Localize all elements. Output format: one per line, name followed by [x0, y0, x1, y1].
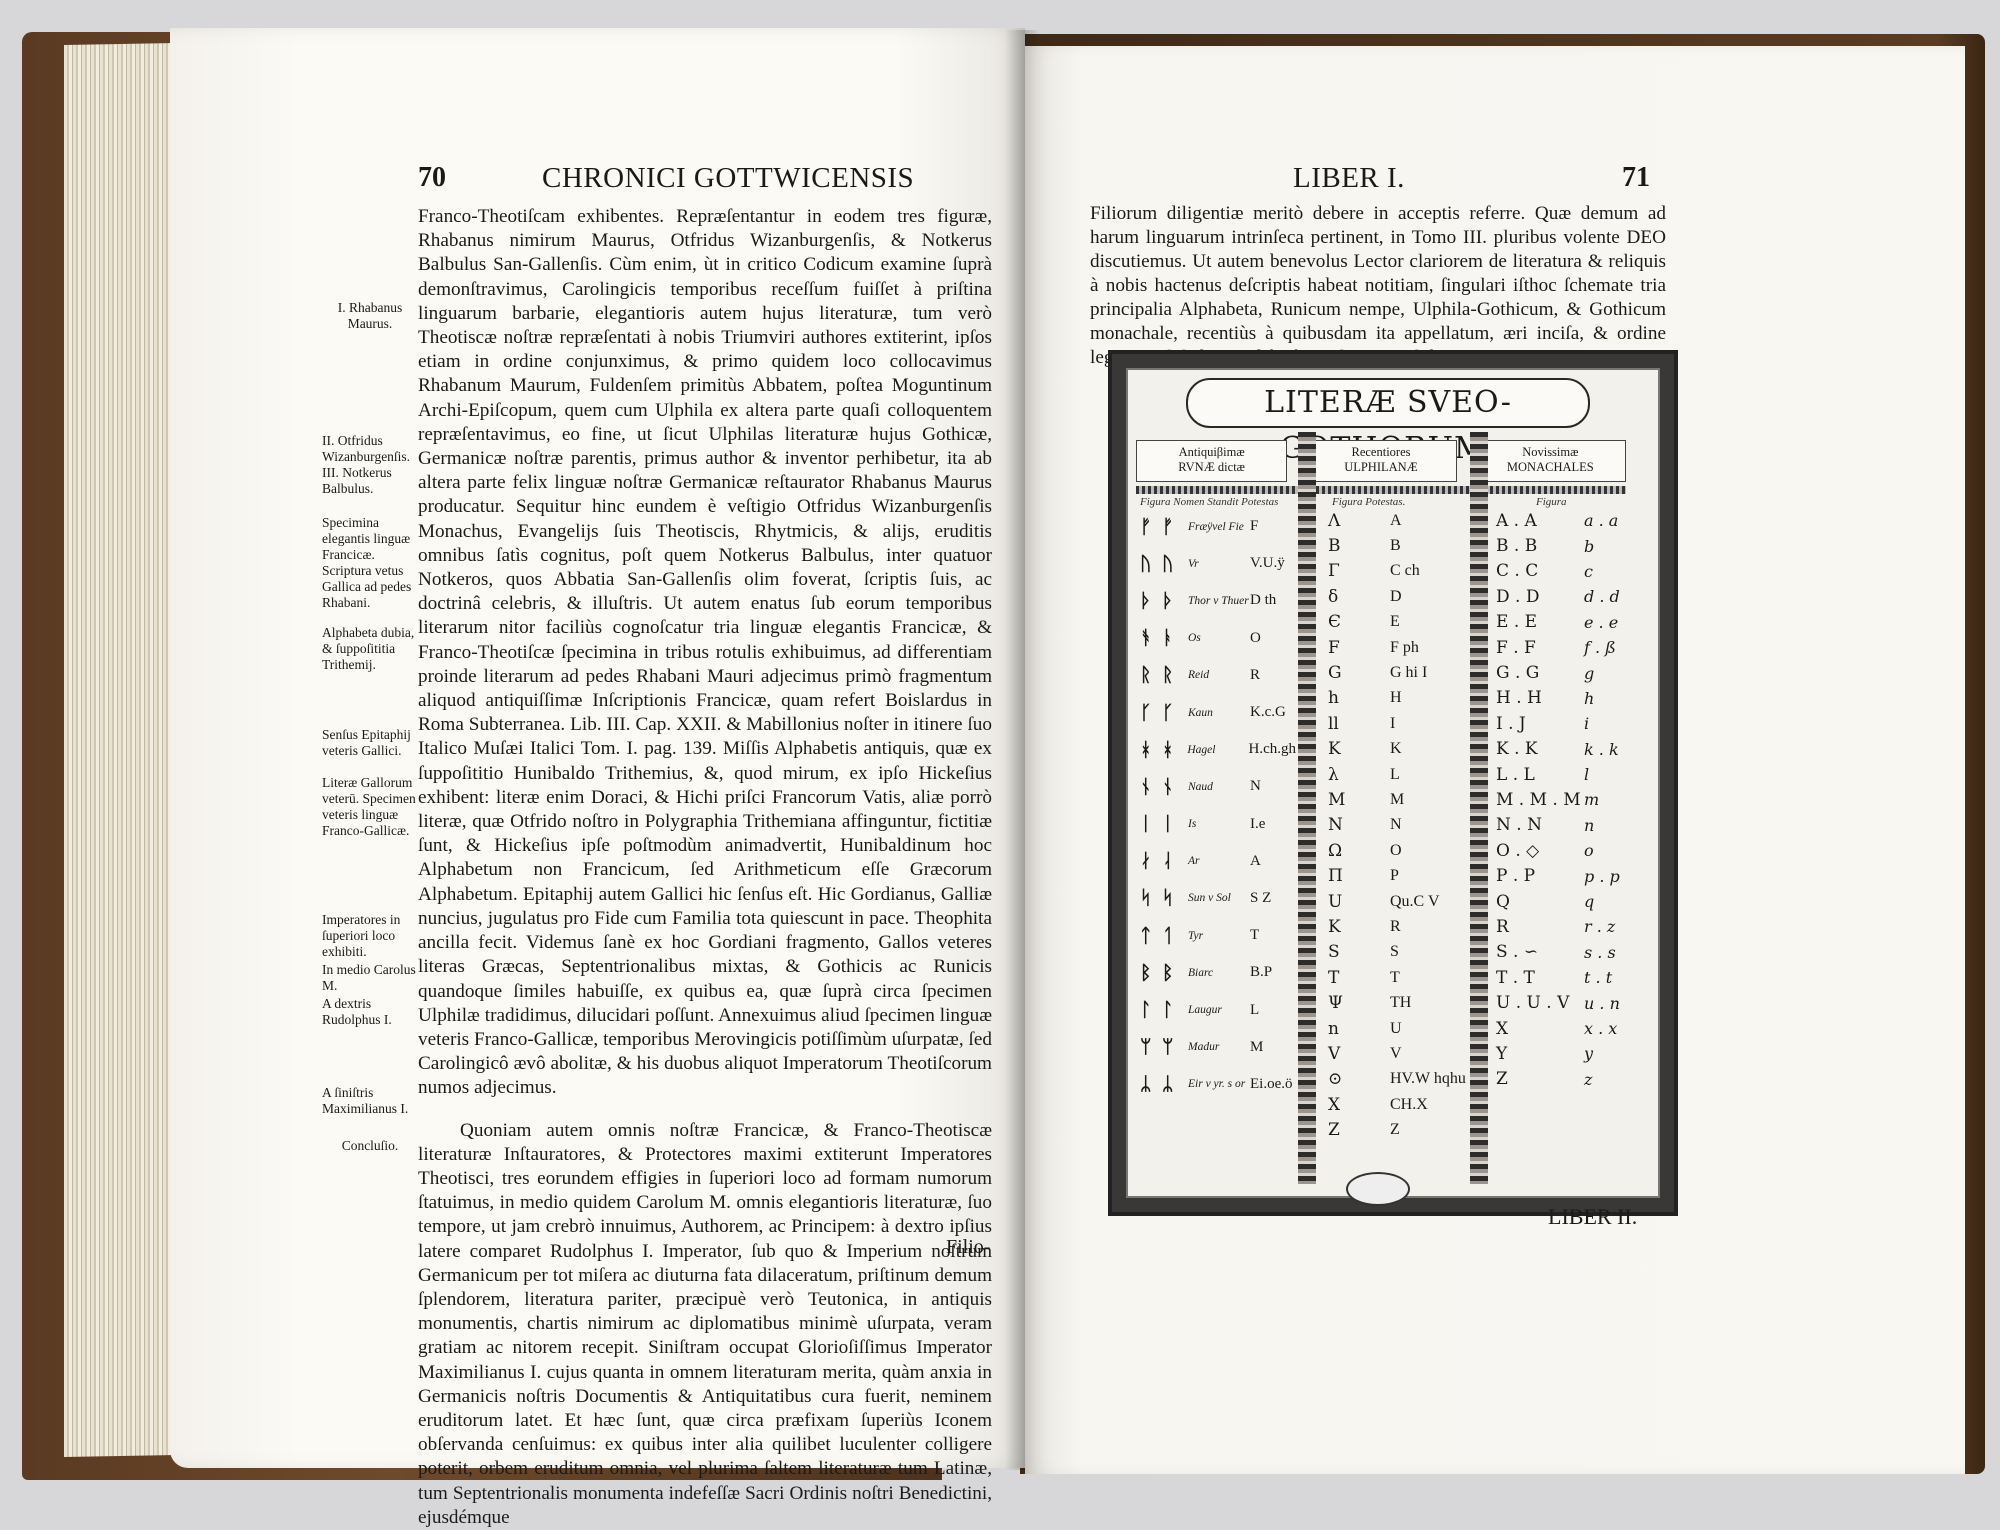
monachal-row: M . M . Mm: [1490, 787, 1640, 812]
monachal-row: Qq: [1490, 889, 1640, 914]
monachal-lower: o: [1584, 841, 1594, 860]
monachal-upper: A . A: [1490, 511, 1584, 531]
ulphila-glyph: Π: [1318, 866, 1390, 886]
monachal-row: I . Ji: [1490, 711, 1640, 736]
rune-value: D th: [1250, 592, 1276, 609]
ulphila-glyph: B: [1318, 536, 1390, 556]
rune-row: ᚴ ᚴKaunK.c.G: [1140, 694, 1296, 731]
ulphila-value: P: [1390, 867, 1399, 885]
rune-glyph: ᛁ ᛁ: [1140, 813, 1188, 835]
ulphila-glyph: ⊙: [1318, 1069, 1390, 1089]
monachal-lower: g: [1584, 664, 1594, 683]
running-head-left: CHRONICI GOTTWICENSIS: [542, 162, 914, 195]
header-line: RVNÆ dictæ: [1137, 460, 1286, 475]
rune-row: ᛚ ᛚLaugurL: [1140, 991, 1296, 1028]
monachal-row: H . Hh: [1490, 686, 1640, 711]
monachal-upper: S . ∽: [1490, 942, 1584, 962]
monachal-lower: k . k: [1584, 740, 1619, 759]
monachal-row: Rr . z: [1490, 914, 1640, 939]
ulphila-value: HV.W hqhu: [1390, 1070, 1466, 1088]
rune-name: Vr: [1188, 558, 1250, 570]
rune-name: Hagel: [1187, 744, 1248, 756]
rune-glyph: ᚢ ᚢ: [1140, 553, 1188, 575]
ulphila-value: H: [1390, 689, 1402, 707]
ulphila-glyph: G: [1318, 663, 1390, 683]
monachal-upper: T . T: [1490, 968, 1584, 988]
ulphila-value: D: [1390, 588, 1402, 606]
column-header-monachales: Novissimæ MONACHALES: [1475, 440, 1626, 482]
header-line: ULPHILANÆ: [1306, 460, 1455, 475]
engraved-alphabet-plate: LITERÆ SVEO-GOTHORUM. Antiquiβimæ RVNÆ d…: [1112, 354, 1674, 1212]
monachal-upper: D . D: [1490, 587, 1584, 607]
rune-row: ᚠ ᚠFræÿvel FieF: [1140, 508, 1296, 545]
monachal-row: G . Gg: [1490, 660, 1640, 685]
ulphila-row: XCH.X: [1318, 1092, 1468, 1117]
rune-row: ᛏ ᛐTyrT: [1140, 917, 1296, 954]
paragraph: Franco-Theotiſcam exhibentes. Repræſenta…: [418, 205, 992, 1101]
monachal-row: A . Aa . a: [1490, 508, 1640, 533]
header-line: Recentiores: [1306, 445, 1455, 460]
margin-note: Scriptura vetus Gallica ad pedes Rhabani…: [322, 563, 418, 611]
margin-note: Literæ Gallorum veterū. Specimen veteris…: [322, 775, 418, 839]
monachal-row: E . Ee . e: [1490, 610, 1640, 635]
ulphila-row: ΓC ch: [1318, 559, 1468, 584]
monachal-row: B . Bb: [1490, 533, 1640, 558]
margin-note: Senſus Epitaphij veteris Gallici.: [322, 727, 418, 759]
ulphila-row: ZZ: [1318, 1117, 1468, 1142]
rune-row: ᚬ ᚭOsO: [1140, 620, 1296, 657]
ulphila-glyph: Ω: [1318, 841, 1390, 861]
monachal-row: Xx . x: [1490, 1016, 1640, 1041]
rune-glyph: ᛅ ᛆ: [1140, 850, 1188, 872]
ulphila-glyph: n: [1318, 1019, 1390, 1039]
monachal-lower: p . p: [1584, 867, 1620, 886]
rune-name: Reid: [1188, 669, 1250, 681]
margin-note: Alphabeta dubia, & ſuppoſititia Trithemi…: [322, 625, 418, 673]
rune-value: T: [1250, 927, 1259, 944]
rune-value: M: [1250, 1039, 1263, 1056]
rune-row: ᚦ ᚦThor v ThuerD th: [1140, 582, 1296, 619]
ulphila-glyph: M: [1318, 790, 1390, 810]
ulphila-glyph: Γ: [1318, 561, 1390, 581]
column-subhead: Figura Nomen Standit Potestas: [1140, 496, 1296, 508]
rune-row: ᛋ ᛋSun v SolS Z: [1140, 880, 1296, 917]
ulphila-value: L: [1390, 766, 1400, 784]
ulphila-glyph: X: [1318, 1095, 1390, 1115]
ulphila-row: nU: [1318, 1016, 1468, 1041]
rune-name: Kaun: [1188, 707, 1250, 719]
rune-glyph: ᛦ ᛦ: [1140, 1073, 1188, 1095]
ulphila-value: S: [1390, 943, 1399, 961]
rune-glyph: ᛒ ᛒ: [1140, 962, 1188, 984]
rune-value: H.ch.gh: [1249, 741, 1297, 758]
rune-row: ᛦ ᛦEir v yr. s orEi.oe.ö: [1140, 1066, 1296, 1103]
rune-name: Ar: [1188, 855, 1250, 867]
monachal-row: S . ∽s . s: [1490, 940, 1640, 965]
open-book: 70 CHRONICI GOTTWICENSIS I. Rhabanus Mau…: [0, 0, 2000, 1530]
page-number-right: 71: [1622, 162, 1650, 194]
rune-name: Laugur: [1188, 1004, 1250, 1016]
header-line: Antiquiβimæ: [1137, 445, 1286, 460]
ulphila-glyph: S: [1318, 942, 1390, 962]
column-header-runes: Antiquiβimæ RVNÆ dictæ: [1136, 440, 1287, 482]
ulphila-glyph: N: [1318, 815, 1390, 835]
monachal-lower: f . ß: [1584, 638, 1616, 657]
ulphila-row: GG hi I: [1318, 660, 1468, 685]
monachal-upper: Z: [1490, 1069, 1584, 1089]
rune-name: Madur: [1188, 1041, 1250, 1053]
rune-name: Biarc: [1188, 967, 1250, 979]
ulphilanae-column: Figura Potestas. ΛABBΓC chδDЄEFF phGG hi…: [1318, 496, 1468, 1178]
ulphila-glyph: δ: [1318, 587, 1390, 607]
column-header-ulphilanae: Recentiores ULPHILANÆ: [1305, 440, 1456, 482]
page-block-edge: [64, 43, 176, 1457]
ulphila-value: Qu.C V: [1390, 893, 1440, 911]
plate-title: LITERÆ SVEO-GOTHORUM.: [1186, 378, 1590, 428]
monachal-row: T . Tt . t: [1490, 965, 1640, 990]
ulphila-value: C ch: [1390, 562, 1420, 580]
rune-value: A: [1250, 853, 1261, 870]
ulphila-glyph: Z: [1318, 1120, 1390, 1140]
ulphila-row: NN: [1318, 813, 1468, 838]
ulphila-row: llI: [1318, 711, 1468, 736]
rune-value: S Z: [1250, 890, 1271, 907]
monachal-upper: O . ◇: [1490, 841, 1584, 861]
rune-value: V.U.ÿ: [1250, 555, 1285, 572]
monachal-upper: F . F: [1490, 638, 1584, 658]
monachal-upper: G . G: [1490, 663, 1584, 683]
header-line: MONACHALES: [1476, 460, 1625, 475]
ornamental-rule: [1136, 486, 1626, 494]
ulphila-value: Z: [1390, 1121, 1400, 1139]
ulphila-row: ЄE: [1318, 610, 1468, 635]
rune-glyph: ᚴ ᚴ: [1140, 702, 1188, 724]
ulphila-row: VV: [1318, 1041, 1468, 1066]
ulphila-glyph: λ: [1318, 765, 1390, 785]
ulphila-row: ΩO: [1318, 838, 1468, 863]
ulphila-glyph: K: [1318, 917, 1390, 937]
left-page-body: Franco-Theotiſcam exhibentes. Repræſenta…: [418, 205, 992, 1530]
ulphila-row: SS: [1318, 940, 1468, 965]
rune-value: L: [1250, 1002, 1259, 1019]
ulphila-glyph: h: [1318, 688, 1390, 708]
rune-glyph: ᛘ ᛘ: [1140, 1036, 1188, 1058]
ulphila-row: ΨTH: [1318, 990, 1468, 1015]
margin-note: Specimina elegantis linguæ Francicæ.: [322, 515, 418, 563]
ulphila-row: UQu.C V: [1318, 889, 1468, 914]
monachal-upper: X: [1490, 1019, 1584, 1039]
rune-row: ᚼ ᚼHagelH.ch.gh: [1140, 731, 1296, 768]
ulphila-value: I: [1390, 715, 1395, 733]
rune-row: ᛘ ᛘMadurM: [1140, 1029, 1296, 1066]
ulphila-value: N: [1390, 816, 1402, 834]
rune-value: F: [1250, 518, 1258, 535]
rune-value: R: [1250, 667, 1260, 684]
rune-glyph: ᛚ ᛚ: [1140, 999, 1188, 1021]
ulphila-row: ΛA: [1318, 508, 1468, 533]
rune-row: ᚾ ᚾNaudN: [1140, 768, 1296, 805]
ulphila-row: KK: [1318, 737, 1468, 762]
ulphila-glyph: Є: [1318, 612, 1390, 632]
monachal-lower: c: [1584, 562, 1593, 581]
rune-row: ᛅ ᛆArA: [1140, 843, 1296, 880]
ulphila-value: F ph: [1390, 639, 1419, 657]
column-subhead: Figura: [1490, 496, 1640, 508]
margin-note: A dextris Rudolphus I.: [322, 996, 418, 1028]
plate-column-headers: Antiquiβimæ RVNÆ dictæ Recentiores ULPHI…: [1136, 440, 1626, 482]
ulphila-row: ⊙HV.W hqhu: [1318, 1067, 1468, 1092]
monachal-upper: C . C: [1490, 561, 1584, 581]
rune-name: Eir v yr. s or: [1188, 1078, 1250, 1090]
monachal-row: Yy: [1490, 1041, 1640, 1066]
ulphila-glyph: ll: [1318, 714, 1390, 734]
rune-value: I.e: [1250, 816, 1265, 833]
ornamental-pillar: [1298, 432, 1316, 1184]
ulphila-row: MM: [1318, 787, 1468, 812]
ulphila-row: KR: [1318, 914, 1468, 939]
rune-value: N: [1250, 778, 1261, 795]
monachal-row: C . Cc: [1490, 559, 1640, 584]
ulphila-glyph: U: [1318, 892, 1390, 912]
monachal-lower: u . n: [1584, 994, 1620, 1013]
monachal-lower: s . s: [1584, 943, 1616, 962]
running-head-right: LIBER I.: [1293, 162, 1405, 195]
ulphila-value: G hi I: [1390, 664, 1427, 682]
rune-name: Is: [1188, 818, 1250, 830]
rune-glyph: ᚬ ᚭ: [1140, 627, 1188, 649]
ulphila-value: E: [1390, 613, 1400, 631]
ulphila-glyph: T: [1318, 968, 1390, 988]
rune-row: ᚱ ᚱReidR: [1140, 657, 1296, 694]
rune-name: Thor v Thuer: [1188, 595, 1250, 607]
rune-glyph: ᛋ ᛋ: [1140, 887, 1188, 909]
monachal-lower: b: [1584, 537, 1594, 556]
monachal-upper: H . H: [1490, 688, 1584, 708]
monachal-lower: z: [1584, 1070, 1592, 1089]
monachal-upper: Y: [1490, 1044, 1584, 1064]
monachal-row: K . Kk . k: [1490, 737, 1640, 762]
ulphila-glyph: V: [1318, 1044, 1390, 1064]
ulphila-value: M: [1390, 791, 1404, 809]
rune-glyph: ᚱ ᚱ: [1140, 664, 1188, 686]
catchword-right: LIBER II.: [1548, 1204, 1637, 1230]
monachal-upper: P . P: [1490, 866, 1584, 886]
ulphila-value: B: [1390, 537, 1401, 555]
rune-name: Sun v Sol: [1188, 892, 1250, 904]
monachal-lower: n: [1584, 816, 1594, 835]
monachal-lower: l: [1584, 765, 1589, 784]
rune-glyph: ᚼ ᚼ: [1140, 739, 1187, 761]
monachal-upper: Q: [1490, 892, 1584, 912]
monachal-upper: N . N: [1490, 815, 1584, 835]
ulphila-row: ΠP: [1318, 863, 1468, 888]
monachal-row: F . Ff . ß: [1490, 635, 1640, 660]
rune-row: ᚢ ᚢVrV.U.ÿ: [1140, 545, 1296, 582]
ulphila-value: T: [1390, 969, 1400, 987]
margin-note: Concluſio.: [322, 1138, 418, 1154]
ulphila-row: λL: [1318, 762, 1468, 787]
rune-value: K.c.G: [1250, 704, 1286, 721]
monachal-upper: E . E: [1490, 612, 1584, 632]
ulphila-row: FF ph: [1318, 635, 1468, 660]
monachal-row: U . U . Vu . n: [1490, 990, 1640, 1015]
monachal-lower: h: [1584, 689, 1594, 708]
rune-name: Tyr: [1188, 930, 1250, 942]
monachal-upper: M . M . M: [1490, 790, 1584, 810]
monachal-lower: r . z: [1584, 917, 1615, 936]
ulphila-value: CH.X: [1390, 1096, 1428, 1114]
ornamental-pillar: [1470, 432, 1488, 1184]
monachal-row: N . Nn: [1490, 813, 1640, 838]
column-subhead: Figura Potestas.: [1318, 496, 1468, 508]
rune-name: Os: [1188, 632, 1250, 644]
monachales-column: Figura A . Aa . aB . BbC . CcD . Dd . dE…: [1490, 496, 1640, 1178]
ulphila-glyph: Ψ: [1318, 993, 1390, 1013]
monachal-lower: m: [1584, 790, 1599, 809]
ulphila-value: A: [1390, 512, 1402, 530]
rune-glyph: ᚦ ᚦ: [1140, 590, 1188, 612]
monachal-row: D . Dd . d: [1490, 584, 1640, 609]
rune-value: B.P: [1250, 964, 1272, 981]
monachal-lower: e . e: [1584, 613, 1618, 632]
rune-glyph: ᚾ ᚾ: [1140, 776, 1188, 798]
runes-column: Figura Nomen Standit Potestas ᚠ ᚠFræÿvel…: [1140, 496, 1296, 1178]
monachal-row: O . ◇o: [1490, 838, 1640, 863]
margin-note: II. Otfridus Wizanburgenſis. III. Notker…: [322, 433, 418, 497]
ulphila-glyph: Λ: [1318, 511, 1390, 531]
page-number-left: 70: [418, 162, 446, 194]
rune-name: Naud: [1188, 781, 1250, 793]
paragraph: Quoniam autem omnis noſtræ Francicæ, & F…: [418, 1119, 992, 1530]
margin-note: In medio Carolus M.: [322, 962, 418, 994]
monachal-upper: R: [1490, 917, 1584, 937]
ulphila-value: O: [1390, 842, 1402, 860]
rune-value: Ei.oe.ö: [1250, 1076, 1293, 1093]
ulphila-row: hH: [1318, 686, 1468, 711]
rune-row: ᛁ ᛁIsI.e: [1140, 806, 1296, 843]
rune-name: Fræÿvel Fie: [1188, 521, 1250, 533]
ulphila-glyph: K: [1318, 739, 1390, 759]
ulphila-row: BB: [1318, 533, 1468, 558]
monachal-lower: t . t: [1584, 968, 1612, 987]
monachal-row: L . Ll: [1490, 762, 1640, 787]
margin-note: Imperatores in ſuperiori loco exhibiti.: [322, 912, 418, 960]
ulphila-row: δD: [1318, 584, 1468, 609]
right-page-body: Filiorum diligentiæ meritò debere in acc…: [1090, 202, 1666, 370]
margin-note: A ſiniſtris Maximilianus I.: [322, 1085, 418, 1117]
monachal-lower: x . x: [1584, 1019, 1617, 1038]
ulphila-row: TT: [1318, 965, 1468, 990]
rune-glyph: ᚠ ᚠ: [1140, 516, 1188, 538]
monachal-upper: I . J: [1490, 714, 1584, 734]
rune-value: O: [1250, 630, 1261, 647]
monachal-lower: a . a: [1584, 511, 1618, 530]
monachal-upper: B . B: [1490, 536, 1584, 556]
catchword-left: Filio-: [946, 1236, 990, 1259]
monachal-lower: d . d: [1584, 587, 1620, 606]
ulphila-value: TH: [1390, 994, 1411, 1012]
monachal-upper: K . K: [1490, 739, 1584, 759]
monachal-lower: y: [1584, 1044, 1593, 1063]
ulphila-value: K: [1390, 740, 1402, 758]
monachal-row: Zz: [1490, 1067, 1640, 1092]
monachal-row: P . Pp . p: [1490, 863, 1640, 888]
header-line: Novissimæ: [1476, 445, 1625, 460]
ulphila-value: R: [1390, 918, 1401, 936]
monachal-upper: U . U . V: [1490, 993, 1584, 1013]
margin-note: I. Rhabanus Maurus.: [322, 300, 418, 332]
monachal-lower: q: [1584, 892, 1594, 911]
rune-row: ᛒ ᛒBiarcB.P: [1140, 954, 1296, 991]
monachal-lower: i: [1584, 714, 1589, 733]
rune-glyph: ᛏ ᛐ: [1140, 925, 1188, 947]
ulphila-value: U: [1390, 1020, 1402, 1038]
ulphila-glyph: F: [1318, 638, 1390, 658]
crown-medallion-ornament: [1346, 1172, 1410, 1206]
ulphila-value: V: [1390, 1045, 1402, 1063]
monachal-upper: L . L: [1490, 765, 1584, 785]
